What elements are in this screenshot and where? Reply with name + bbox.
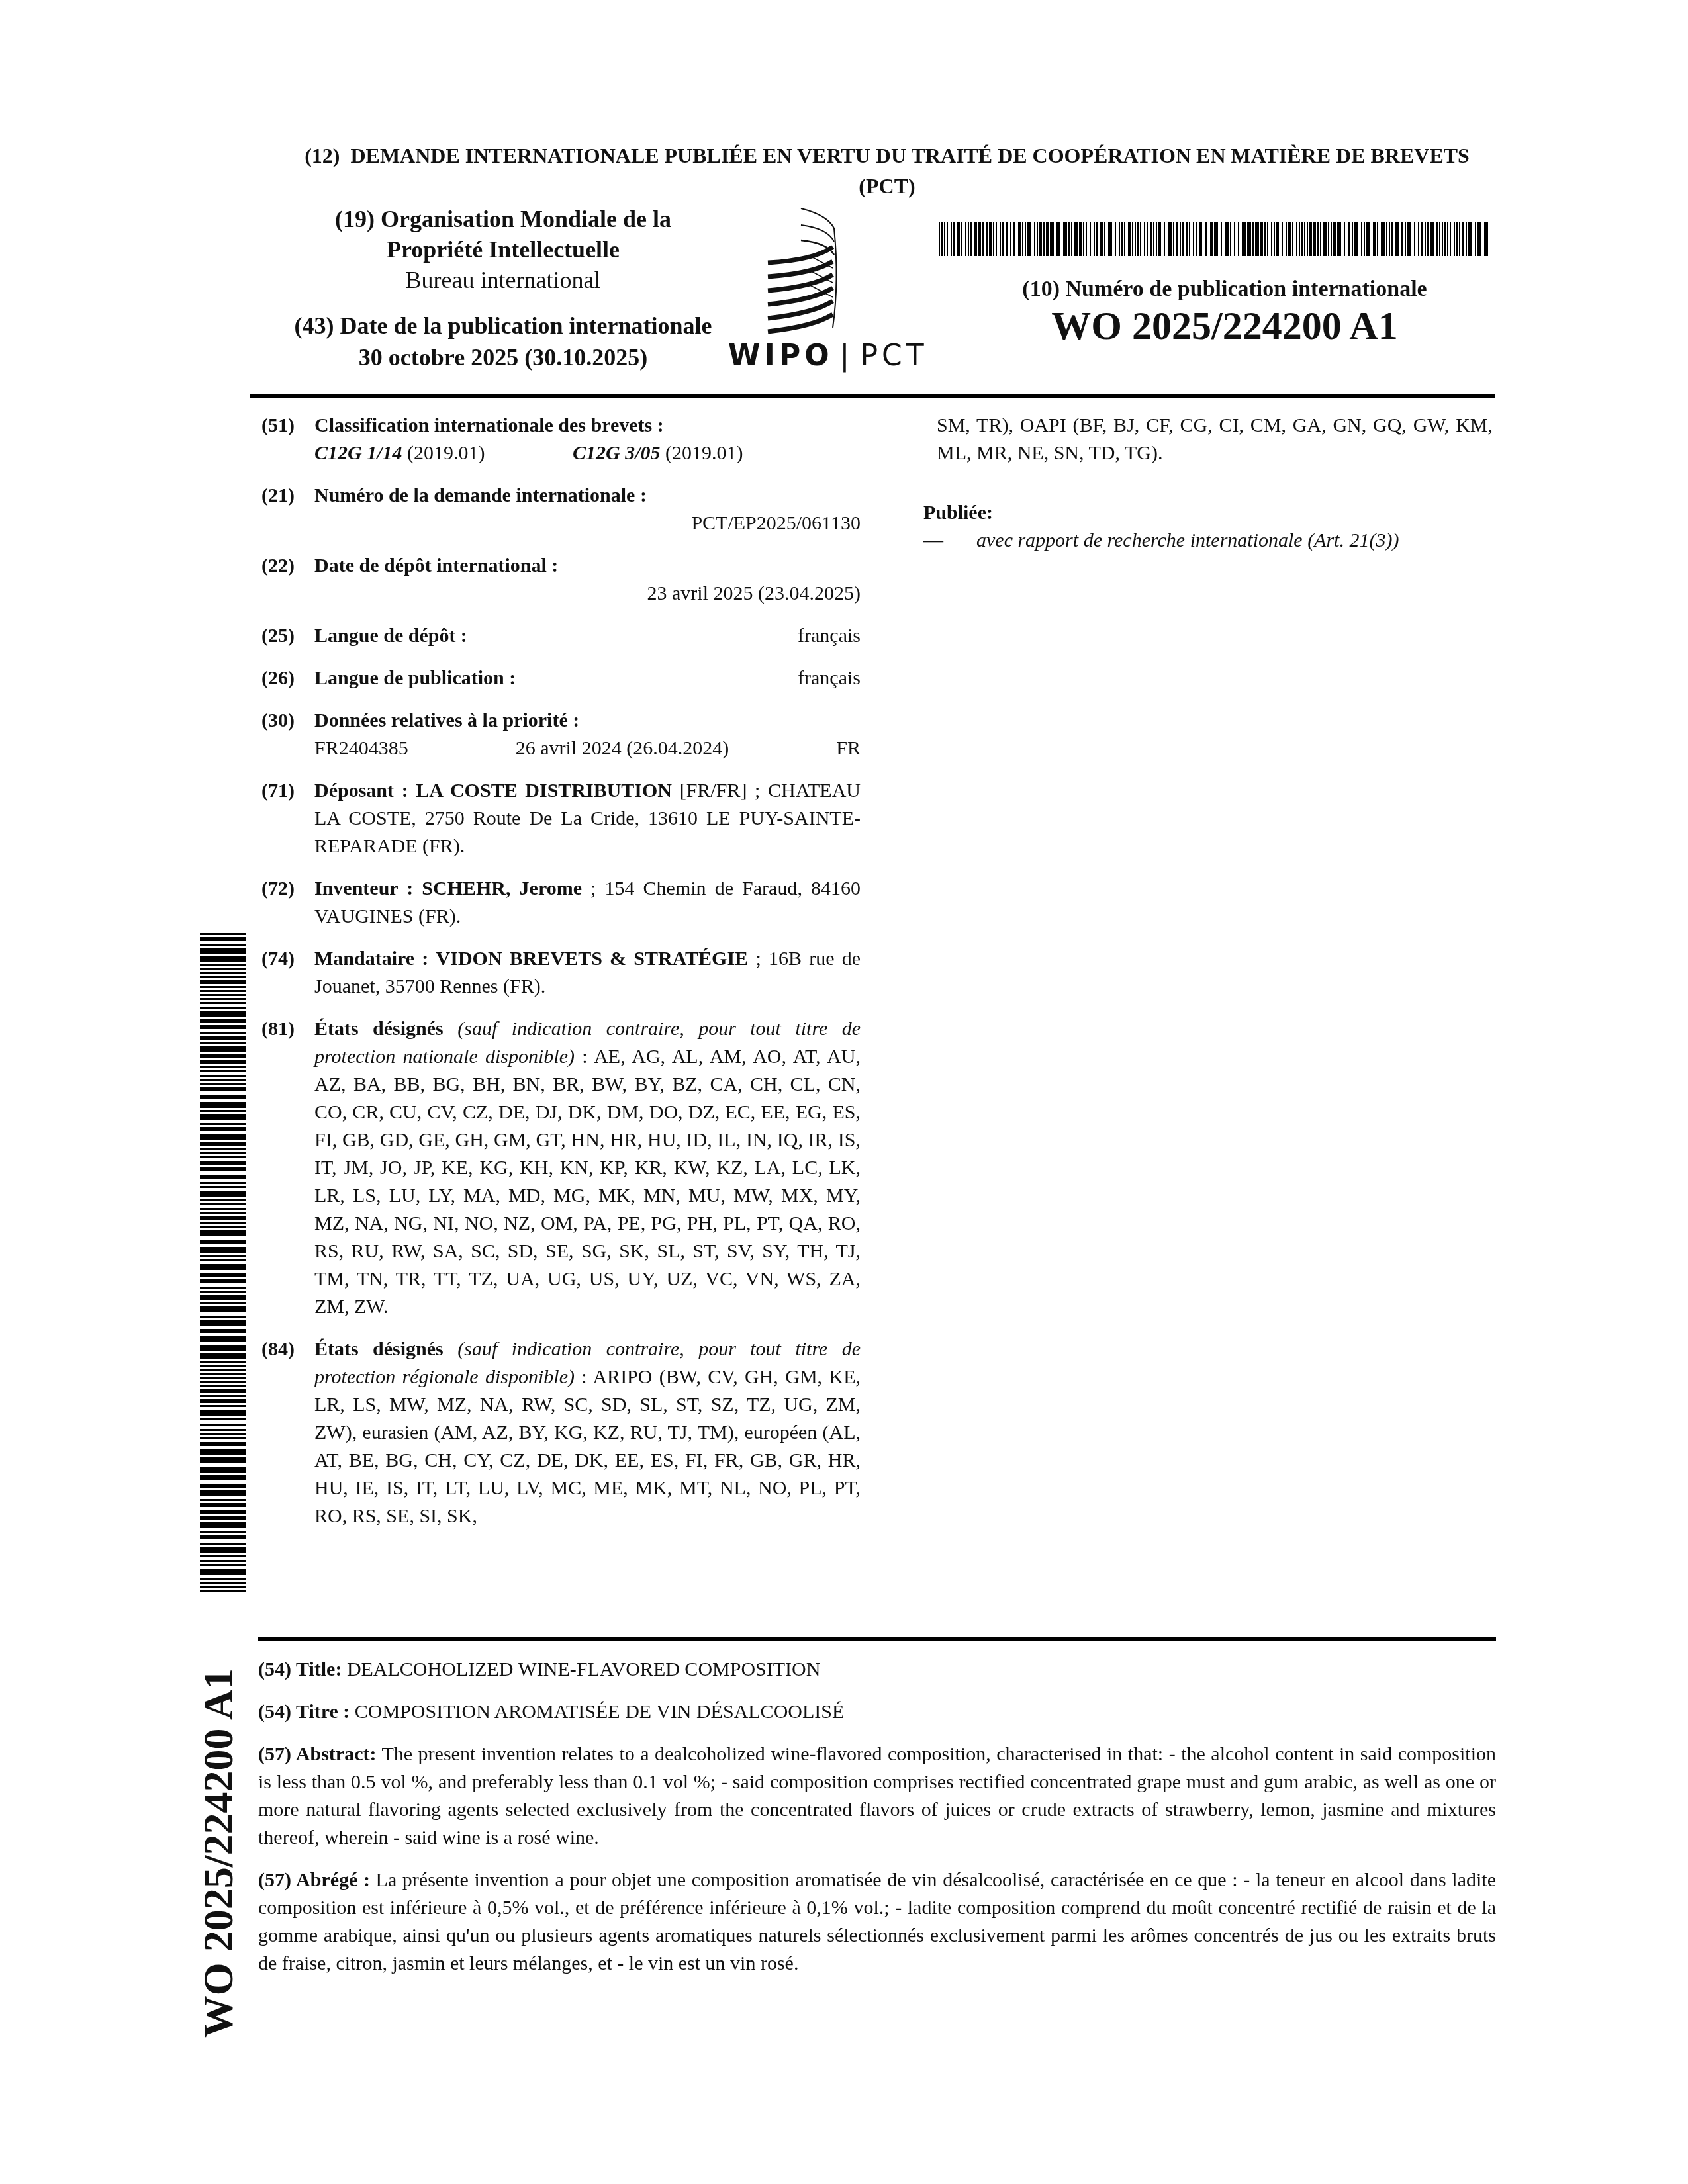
agent-name: VIDON BREVETS & STRATÉGIE <box>436 948 749 970</box>
abstract-label: (57) Abstract: <box>258 1743 376 1765</box>
field-code-12: (12) <box>305 144 340 167</box>
vertical-number-text: WO 2025/224200 A1 <box>194 1668 243 2038</box>
field-code: (22) <box>261 552 295 580</box>
barcode-icon <box>939 222 1488 256</box>
org-office: Bureau international <box>271 265 735 295</box>
regional-states-continued: SM, TR), OAPI (BF, BJ, CF, CG, CI, CM, G… <box>923 412 1493 467</box>
field-label: Inventeur : <box>314 878 413 899</box>
field-30-priority-data: (30) Données relatives à la priorité : F… <box>261 707 861 762</box>
field-code: (74) <box>261 945 295 973</box>
field-code: (30) <box>261 707 295 735</box>
field-code: (26) <box>261 664 295 692</box>
inventor-name: SCHEHR, Jerome <box>422 878 582 899</box>
publication-date-label: (43) Date de la publication internationa… <box>265 310 741 341</box>
field-22-filing-date: (22) Date de dépôt international : 23 av… <box>261 552 861 608</box>
pct-wordmark: PCT <box>860 339 927 373</box>
abstract-label: (57) Abrégé : <box>258 1869 370 1891</box>
document-type-text: DEMANDE INTERNATIONALE PUBLIÉE EN VERTU … <box>350 144 1469 198</box>
title-english: (54) Title: DEALCOHOLIZED WINE-FLAVORED … <box>258 1656 1496 1684</box>
field-code: (84) <box>261 1336 295 1363</box>
applicant-name: LA COSTE DISTRIBUTION <box>416 780 672 801</box>
field-label: Numéro de la demande internationale : <box>314 482 861 510</box>
org-name-line1: Organisation Mondiale de la <box>381 206 671 232</box>
bibliographic-data-right: SM, TR), OAPI (BF, BJ, CF, CG, CI, CM, G… <box>923 412 1493 555</box>
field-84-designated-states-regional: (84) États désignés (sauf indication con… <box>261 1336 861 1530</box>
title-value: DEALCOHOLIZED WINE-FLAVORED COMPOSITION <box>347 1659 821 1680</box>
field-72-inventor: (72) Inventeur : SCHEHR, Jerome ; 154 Ch… <box>261 875 861 931</box>
abstract-divider <box>258 1637 1496 1641</box>
field-label: Classification internationale des brevet… <box>314 412 861 439</box>
publication-number-label: (10) Numéro de publication international… <box>927 277 1523 302</box>
field-code: (21) <box>261 482 295 510</box>
publication-date-block: (43) Date de la publication internationa… <box>265 310 741 373</box>
wipo-pct-wordmark: WIPO|PCT <box>728 339 928 373</box>
publication-language: français <box>798 664 861 692</box>
document-type-heading: (12) DEMANDE INTERNATIONALE PUBLIÉE EN V… <box>285 140 1489 201</box>
field-81-designated-states-national: (81) États désignés (sauf indication con… <box>261 1015 861 1321</box>
title-abstract-section: (54) Title: DEALCOHOLIZED WINE-FLAVORED … <box>258 1644 1496 1978</box>
ipc-version: (2019.01) <box>407 442 485 464</box>
priority-number: FR2404385 <box>314 735 408 762</box>
wipo-globe-logo-icon <box>761 202 867 334</box>
field-label: Mandataire : <box>314 948 428 970</box>
abstract-text: The present invention relates to a dealc… <box>258 1743 1496 1848</box>
field-label: Langue de publication : <box>314 664 516 692</box>
field-code: (72) <box>261 875 295 903</box>
field-26-publication-language: (26) Langue de publication :français <box>261 664 861 692</box>
abstract-text: La présente invention a pour objet une c… <box>258 1869 1496 1974</box>
filing-date: 23 avril 2025 (23.04.2025) <box>314 580 861 608</box>
separator: : <box>575 1366 592 1388</box>
published-item: — avec rapport de recherche internationa… <box>923 527 1493 555</box>
published-label: Publiée: <box>923 499 1493 527</box>
designated-states-list: AE, AG, AL, AM, AO, AT, AU, AZ, BA, BB, … <box>314 1046 861 1318</box>
priority-date: 26 avril 2024 (26.04.2024) <box>516 735 729 762</box>
ipc-class: C12G 1/14 <box>314 442 402 464</box>
abstract-english: (57) Abstract: The present invention rel… <box>258 1741 1496 1852</box>
title-french: (54) Titre : COMPOSITION AROMATISÉE DE V… <box>258 1698 1496 1726</box>
regional-states-list: ARIPO (BW, CV, GH, GM, KE, LR, LS, MW, M… <box>314 1366 861 1527</box>
field-code-19: (19) <box>335 206 375 232</box>
bibliographic-data-left: (51) Classification internationale des b… <box>261 412 861 1545</box>
field-label: États désignés <box>314 1018 444 1040</box>
ipc-class: C12G 3/05 <box>573 442 661 464</box>
wipo-wordmark: WIPO <box>728 339 833 373</box>
field-label: États désignés <box>314 1338 444 1360</box>
side-barcode-icon <box>200 933 246 1595</box>
field-25-filing-language: (25) Langue de dépôt :français <box>261 622 861 650</box>
title-value: COMPOSITION AROMATISÉE DE VIN DÉSALCOOLI… <box>355 1701 844 1723</box>
field-label: Langue de dépôt : <box>314 622 467 650</box>
field-label: Date de dépôt international : <box>314 552 861 580</box>
filing-language: français <box>798 622 861 650</box>
field-21-application-number: (21) Numéro de la demande internationale… <box>261 482 861 537</box>
field-74-agent: (74) Mandataire : VIDON BREVETS & STRATÉ… <box>261 945 861 1001</box>
title-label: (54) Titre : <box>258 1701 350 1723</box>
field-51-classification: (51) Classification internationale des b… <box>261 412 861 467</box>
field-label: Données relatives à la priorité : <box>314 707 861 735</box>
application-number: PCT/EP2025/061130 <box>314 510 861 537</box>
header-divider <box>250 394 1495 398</box>
field-code: (71) <box>261 777 295 805</box>
vertical-publication-number: WO 2025/224200 A1 <box>165 1668 271 2038</box>
search-report-note: avec rapport de recherche internationale… <box>976 527 1399 555</box>
field-71-applicant: (71) Déposant : LA COSTE DISTRIBUTION [F… <box>261 777 861 860</box>
field-code: (51) <box>261 412 295 439</box>
org-name-line2: Propriété Intellectuelle <box>271 234 735 265</box>
field-label: Déposant : <box>314 780 408 801</box>
publication-date-value: 30 octobre 2025 (30.10.2025) <box>265 341 741 373</box>
separator: : <box>575 1046 594 1068</box>
priority-country: FR <box>836 735 861 762</box>
abstract-french: (57) Abrégé : La présente invention a po… <box>258 1866 1496 1978</box>
publication-number: WO 2025/224200 A1 <box>927 303 1523 349</box>
dash: — <box>923 527 976 555</box>
field-code: (81) <box>261 1015 295 1043</box>
organization-block: (19) Organisation Mondiale de la Proprié… <box>271 204 735 295</box>
field-code: (25) <box>261 622 295 650</box>
ipc-version: (2019.01) <box>665 442 743 464</box>
